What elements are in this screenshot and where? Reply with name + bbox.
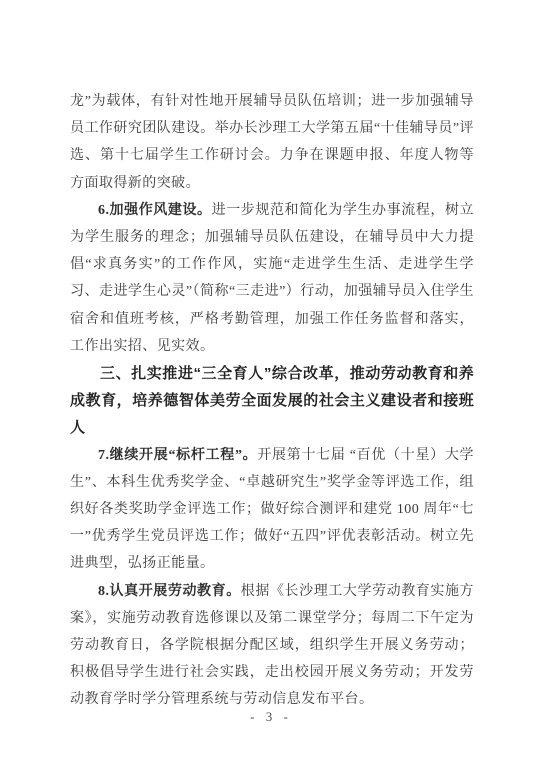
paragraph-continuation: 龙”为载体，有针对性地开展辅导员队伍培训；进一步加强辅导员工作研究团队建设。举办…	[70, 88, 474, 197]
document-body: 龙”为载体，有针对性地开展辅导员队伍培训；进一步加强辅导员工作研究团队建设。举办…	[70, 88, 474, 714]
paragraph-text: 进一步规范和简化为学生办事流程，树立为学生服务的理念；加强辅导员队伍建设，在辅导…	[70, 203, 474, 354]
paragraph-text: 龙”为载体，有针对性地开展辅导员队伍培训；进一步加强辅导员工作研究团队建设。举办…	[70, 94, 474, 191]
paragraph-lead: 8.认真开展劳动教育。	[98, 584, 241, 599]
document-page: 龙”为载体，有针对性地开展辅导员队伍培训；进一步加强辅导员工作研究团队建设。举办…	[0, 0, 542, 768]
section-heading-three: 三、扎实推进“三全育人”综合改革，推动劳动教育和养成教育，培养德智体美劳全面发展…	[70, 360, 474, 442]
paragraph-lead: 7.继续开展“标杆工程”。	[98, 448, 257, 463]
paragraph-item-6-work-style: 6.加强作风建设。进一步规范和简化为学生办事流程，树立为学生服务的理念；加强辅导…	[70, 197, 474, 360]
section-heading-text: 三、扎实推进“三全育人”综合改革，推动劳动教育和养成教育，培养德智体美劳全面发展…	[70, 365, 474, 436]
paragraph-item-7-benchmark-project: 7.继续开展“标杆工程”。开展第十七届 “百优（十星）大学生”、本科生优秀奖学金…	[70, 442, 474, 578]
paragraph-text: 开展第十七届 “百优（十星）大学生”、本科生优秀奖学金、“卓越研究生”奖学金等评…	[70, 448, 474, 572]
paragraph-item-8-labor-education: 8.认真开展劳动教育。根据《长沙理工大学劳动教育实施方案》，实施劳动教育选修课以…	[70, 578, 474, 714]
page-number: - 3 -	[250, 709, 292, 724]
paragraph-text: 根据《长沙理工大学劳动教育实施方案》，实施劳动教育选修课以及第二课堂学分；每周二…	[70, 584, 474, 708]
paragraph-lead: 6.加强作风建设。	[98, 203, 212, 218]
page-footer: - 3 -	[0, 708, 542, 726]
